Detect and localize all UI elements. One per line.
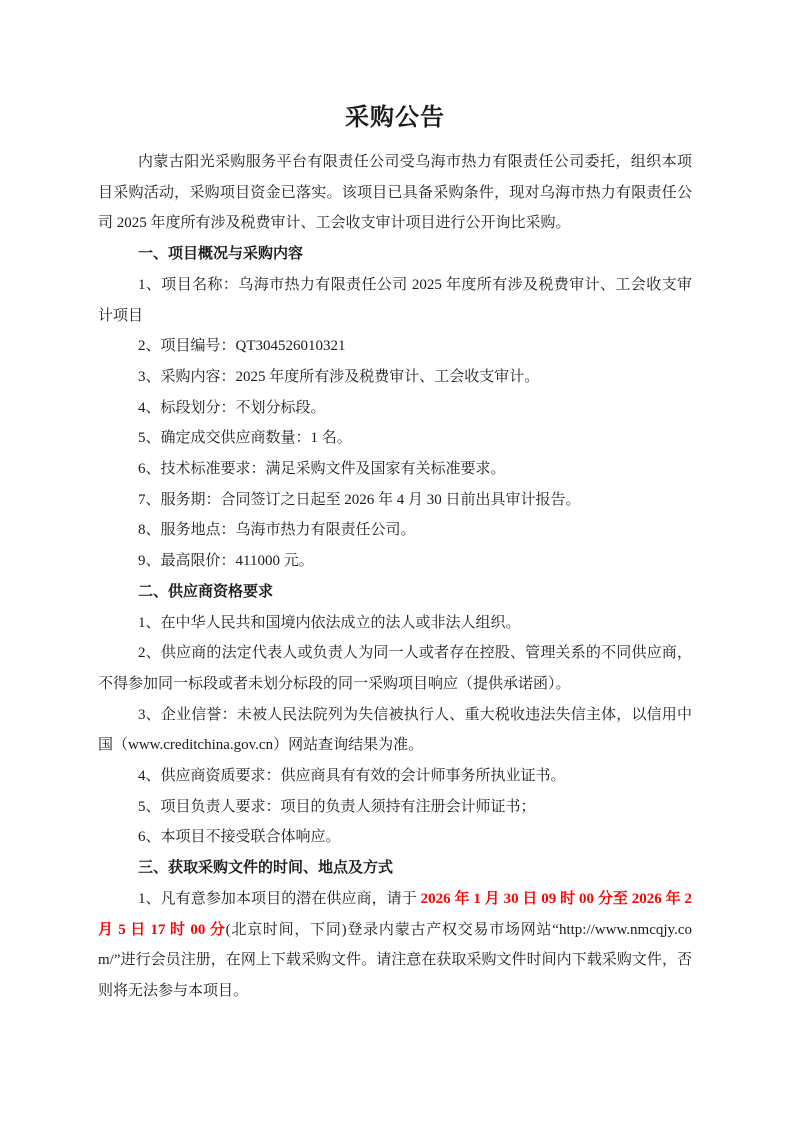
paragraph: 2、供应商的法定代表人或负责人为同一人或者存在控股、管理关系的不同供应商，不得参… (98, 638, 692, 699)
paragraph: 3、企业信誉：未被人民法院列为失信被执行人、重大税收违法失信主体，以信用中国（w… (98, 700, 692, 761)
paragraph: 2、项目编号：QT304526010321 (98, 331, 692, 362)
paragraph: 3、采购内容：2025 年度所有涉及税费审计、工会收支审计。 (98, 362, 692, 393)
paragraph: 1、凡有意参加本项目的潜在供应商，请于 2026 年 1 月 30 日 09 时… (98, 884, 692, 1007)
paragraph: 4、标段划分：不划分标段。 (98, 393, 692, 424)
paragraph: 1、项目名称：乌海市热力有限责任公司 2025 年度所有涉及税费审计、工会收支审… (98, 270, 692, 331)
paragraph: 6、技术标准要求：满足采购文件及国家有关标准要求。 (98, 454, 692, 485)
section-heading: 二、供应商资格要求 (98, 577, 692, 608)
paragraph: 6、本项目不接受联合体响应。 (98, 822, 692, 853)
document-page: 采购公告 内蒙古阳光采购服务平台有限责任公司受乌海市热力有限责任公司委托，组织本… (0, 0, 793, 1122)
paragraph: 5、项目负责人要求：项目的负责人须持有注册会计师证书； (98, 792, 692, 823)
paragraph: 4、供应商资质要求：供应商具有有效的会计师事务所执业证书。 (98, 761, 692, 792)
document-content: 采购公告 内蒙古阳光采购服务平台有限责任公司受乌海市热力有限责任公司委托，组织本… (98, 98, 692, 1007)
document-title: 采购公告 (98, 98, 692, 138)
paragraph: 1、在中华人民共和国境内依法成立的法人或非法人组织。 (98, 608, 692, 639)
paragraph: 9、最高限价：411000 元。 (98, 546, 692, 577)
text-segment: 1、凡有意参加本项目的潜在供应商，请于 (138, 891, 421, 907)
section-heading: 一、项目概况与采购内容 (98, 239, 692, 270)
paragraph: 8、服务地点：乌海市热力有限责任公司。 (98, 515, 692, 546)
paragraph: 7、服务期：合同签订之日起至 2026 年 4 月 30 日前出具审计报告。 (98, 485, 692, 516)
document-body: 内蒙古阳光采购服务平台有限责任公司受乌海市热力有限责任公司委托，组织本项目采购活… (98, 147, 692, 1007)
paragraph: 5、确定成交供应商数量：1 名。 (98, 423, 692, 454)
section-heading: 三、获取采购文件的时间、地点及方式 (98, 853, 692, 884)
paragraph: 内蒙古阳光采购服务平台有限责任公司受乌海市热力有限责任公司委托，组织本项目采购活… (98, 147, 692, 239)
